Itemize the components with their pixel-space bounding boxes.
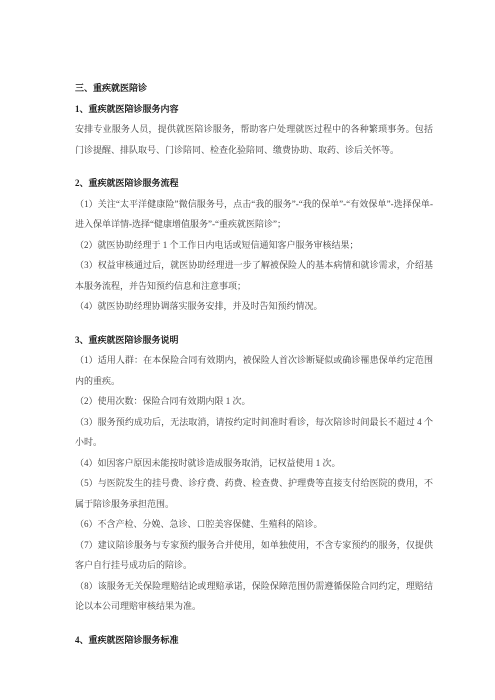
paragraph: （1）适用人群：在本保险合同有效期内，被保险人首次诊断疑似或确诊罹患保单约定范围… [75, 350, 433, 391]
sections-container: 1、重疾就医陪诊服务内容安排专业服务人员，提供就医陪诊服务，帮助客户处理就医过程… [75, 99, 433, 651]
paragraph: （5）与医院发生的挂号费、诊疗费、药费、检查费、护理费等直接支付给医院的费用，不… [75, 473, 433, 514]
section-heading: 1、重疾就医陪诊服务内容 [75, 99, 433, 120]
paragraph: 安排专业服务人员，提供就医陪诊服务，帮助客户处理就医过程中的各种繁琐事务。包括门… [75, 119, 433, 160]
section-heading: 4、重疾就医陪诊服务标准 [75, 630, 433, 651]
section: 2、重疾就医陪诊服务流程（1）关注“太平洋健康险”微信服务号，点击“我的服务”-… [75, 173, 433, 317]
paragraph: （4）如因客户原因未能按时就诊造成服务取消，记权益使用 1 次。 [75, 453, 433, 474]
section: 4、重疾就医陪诊服务标准 [75, 630, 433, 651]
paragraph: （6）不含产检、分娩、急诊、口腔美容保健、生殖科的陪诊。 [75, 514, 433, 535]
section-heading: 2、重疾就医陪诊服务流程 [75, 173, 433, 194]
paragraph: （8）该服务无关保险理赔结论或理赔承诺，保险保障范围仍需遵循保险合同约定，理赔结… [75, 576, 433, 617]
document-content: 三、重疾就医陪诊 1、重疾就医陪诊服务内容安排专业服务人员，提供就医陪诊服务，帮… [0, 0, 495, 650]
paragraph: （2）就医协助经理于 1 个工作日内电话或短信通知客户服务审核结果； [75, 235, 433, 256]
paragraph: （1）关注“太平洋健康险”微信服务号，点击“我的服务”-“我的保单”-“有效保单… [75, 194, 433, 235]
section-heading: 3、重疾就医陪诊服务说明 [75, 330, 433, 351]
paragraph: （3）权益审核通过后，就医协助经理进一步了解被保险人的基本病情和就诊需求，介绍基… [75, 255, 433, 296]
paragraph: （2）使用次数：保险合同有效期内限 1 次。 [75, 391, 433, 412]
section: 1、重疾就医陪诊服务内容安排专业服务人员，提供就医陪诊服务，帮助客户处理就医过程… [75, 99, 433, 161]
document-page: 三、重疾就医陪诊 1、重疾就医陪诊服务内容安排专业服务人员，提供就医陪诊服务，帮… [0, 0, 495, 700]
paragraph: （3）服务预约成功后，无法取消，请按约定时间准时看诊，每次陪诊时间最长不超过 4… [75, 412, 433, 453]
section: 3、重疾就医陪诊服务说明（1）适用人群：在本保险合同有效期内，被保险人首次诊断疑… [75, 330, 433, 617]
document-title: 三、重疾就医陪诊 [75, 78, 433, 99]
paragraph: （4）就医协助经理协调落实服务安排，并及时告知预约情况。 [75, 296, 433, 317]
paragraph: （7）建议陪诊服务与专家预约服务合并使用，如单独使用，不含专家预约的服务，仅提供… [75, 535, 433, 576]
